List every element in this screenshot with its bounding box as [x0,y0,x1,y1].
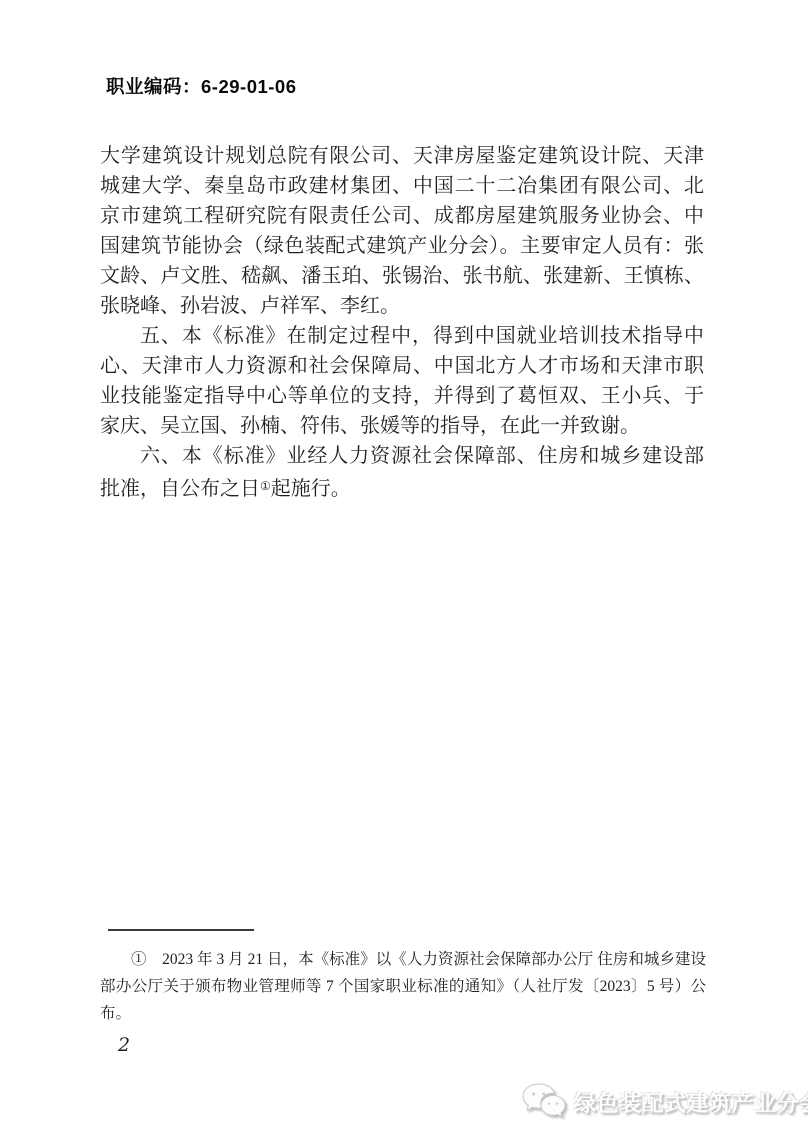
text-line: 心、天津市人力资源和社会保障局、中国北方人才市场和天津市职 [100,351,704,381]
footnote-line: 部办公厅关于颁布物业管理师等 7 个国家职业标准的通知》（人社厅发〔2023〕5… [100,973,706,1000]
text-line: 大学建筑设计规划总院有限公司、天津房屋鉴定建筑设计院、天津 [100,141,704,171]
watermark-label: 绿色装配式建筑产业分会 [574,1087,808,1118]
text-line: 城建大学、秦皇岛市政建材集团、中国二十二冶集团有限公司、北 [100,171,704,201]
footnote-reference-mark: ① [260,479,271,493]
page-number: 2 [118,1034,130,1056]
text-segment: 起施行。 [271,478,351,500]
text-segment: 批准，自公布之日 [100,478,260,500]
footnote-line: 布。 [100,1000,706,1027]
text-line: 国建筑节能协会（绿色装配式建筑产业分会）。主要审定人员有：张 [100,231,704,261]
text-line: 家庆、吴立国、孙楠、符伟、张媛等的指导，在此一并致谢。 [100,411,704,441]
body-text-block: 大学建筑设计规划总院有限公司、天津房屋鉴定建筑设计院、天津 城建大学、秦皇岛市政… [100,141,704,501]
occupation-code-header: 职业编码：6-29-01-06 [106,73,297,99]
text-line: 五、本《标准》在制定过程中，得到中国就业培训技术指导中 [100,321,704,351]
footnote-divider [108,929,254,931]
text-line: 业技能鉴定指导中心等单位的支持，并得到了葛恒双、王小兵、于 [100,381,704,411]
text-line: 批准，自公布之日①起施行。 [100,471,704,501]
text-line: 张晓峰、孙岩波、卢祥军、李红。 [100,291,704,321]
footnote-line: ① 2023 年 3 月 21 日，本《标准》以《人力资源社会保障部办公厅 住房… [100,946,706,973]
text-line: 文龄、卢文胜、嵇飙、潘玉珀、张锡治、张书航、张建新、王慎栋、 [100,261,704,291]
wechat-logo-icon [521,1083,567,1121]
publisher-watermark: 绿色装配式建筑产业分会 [521,1082,808,1122]
text-line: 六、本《标准》业经人力资源社会保障部、住房和城乡建设部 [100,441,704,471]
text-line: 京市建筑工程研究院有限责任公司、成都房屋建筑服务业协会、中 [100,201,704,231]
document-page: 职业编码：6-29-01-06 大学建筑设计规划总院有限公司、天津房屋鉴定建筑设… [0,0,808,1134]
footnote-block: ① 2023 年 3 月 21 日，本《标准》以《人力资源社会保障部办公厅 住房… [100,929,706,1027]
